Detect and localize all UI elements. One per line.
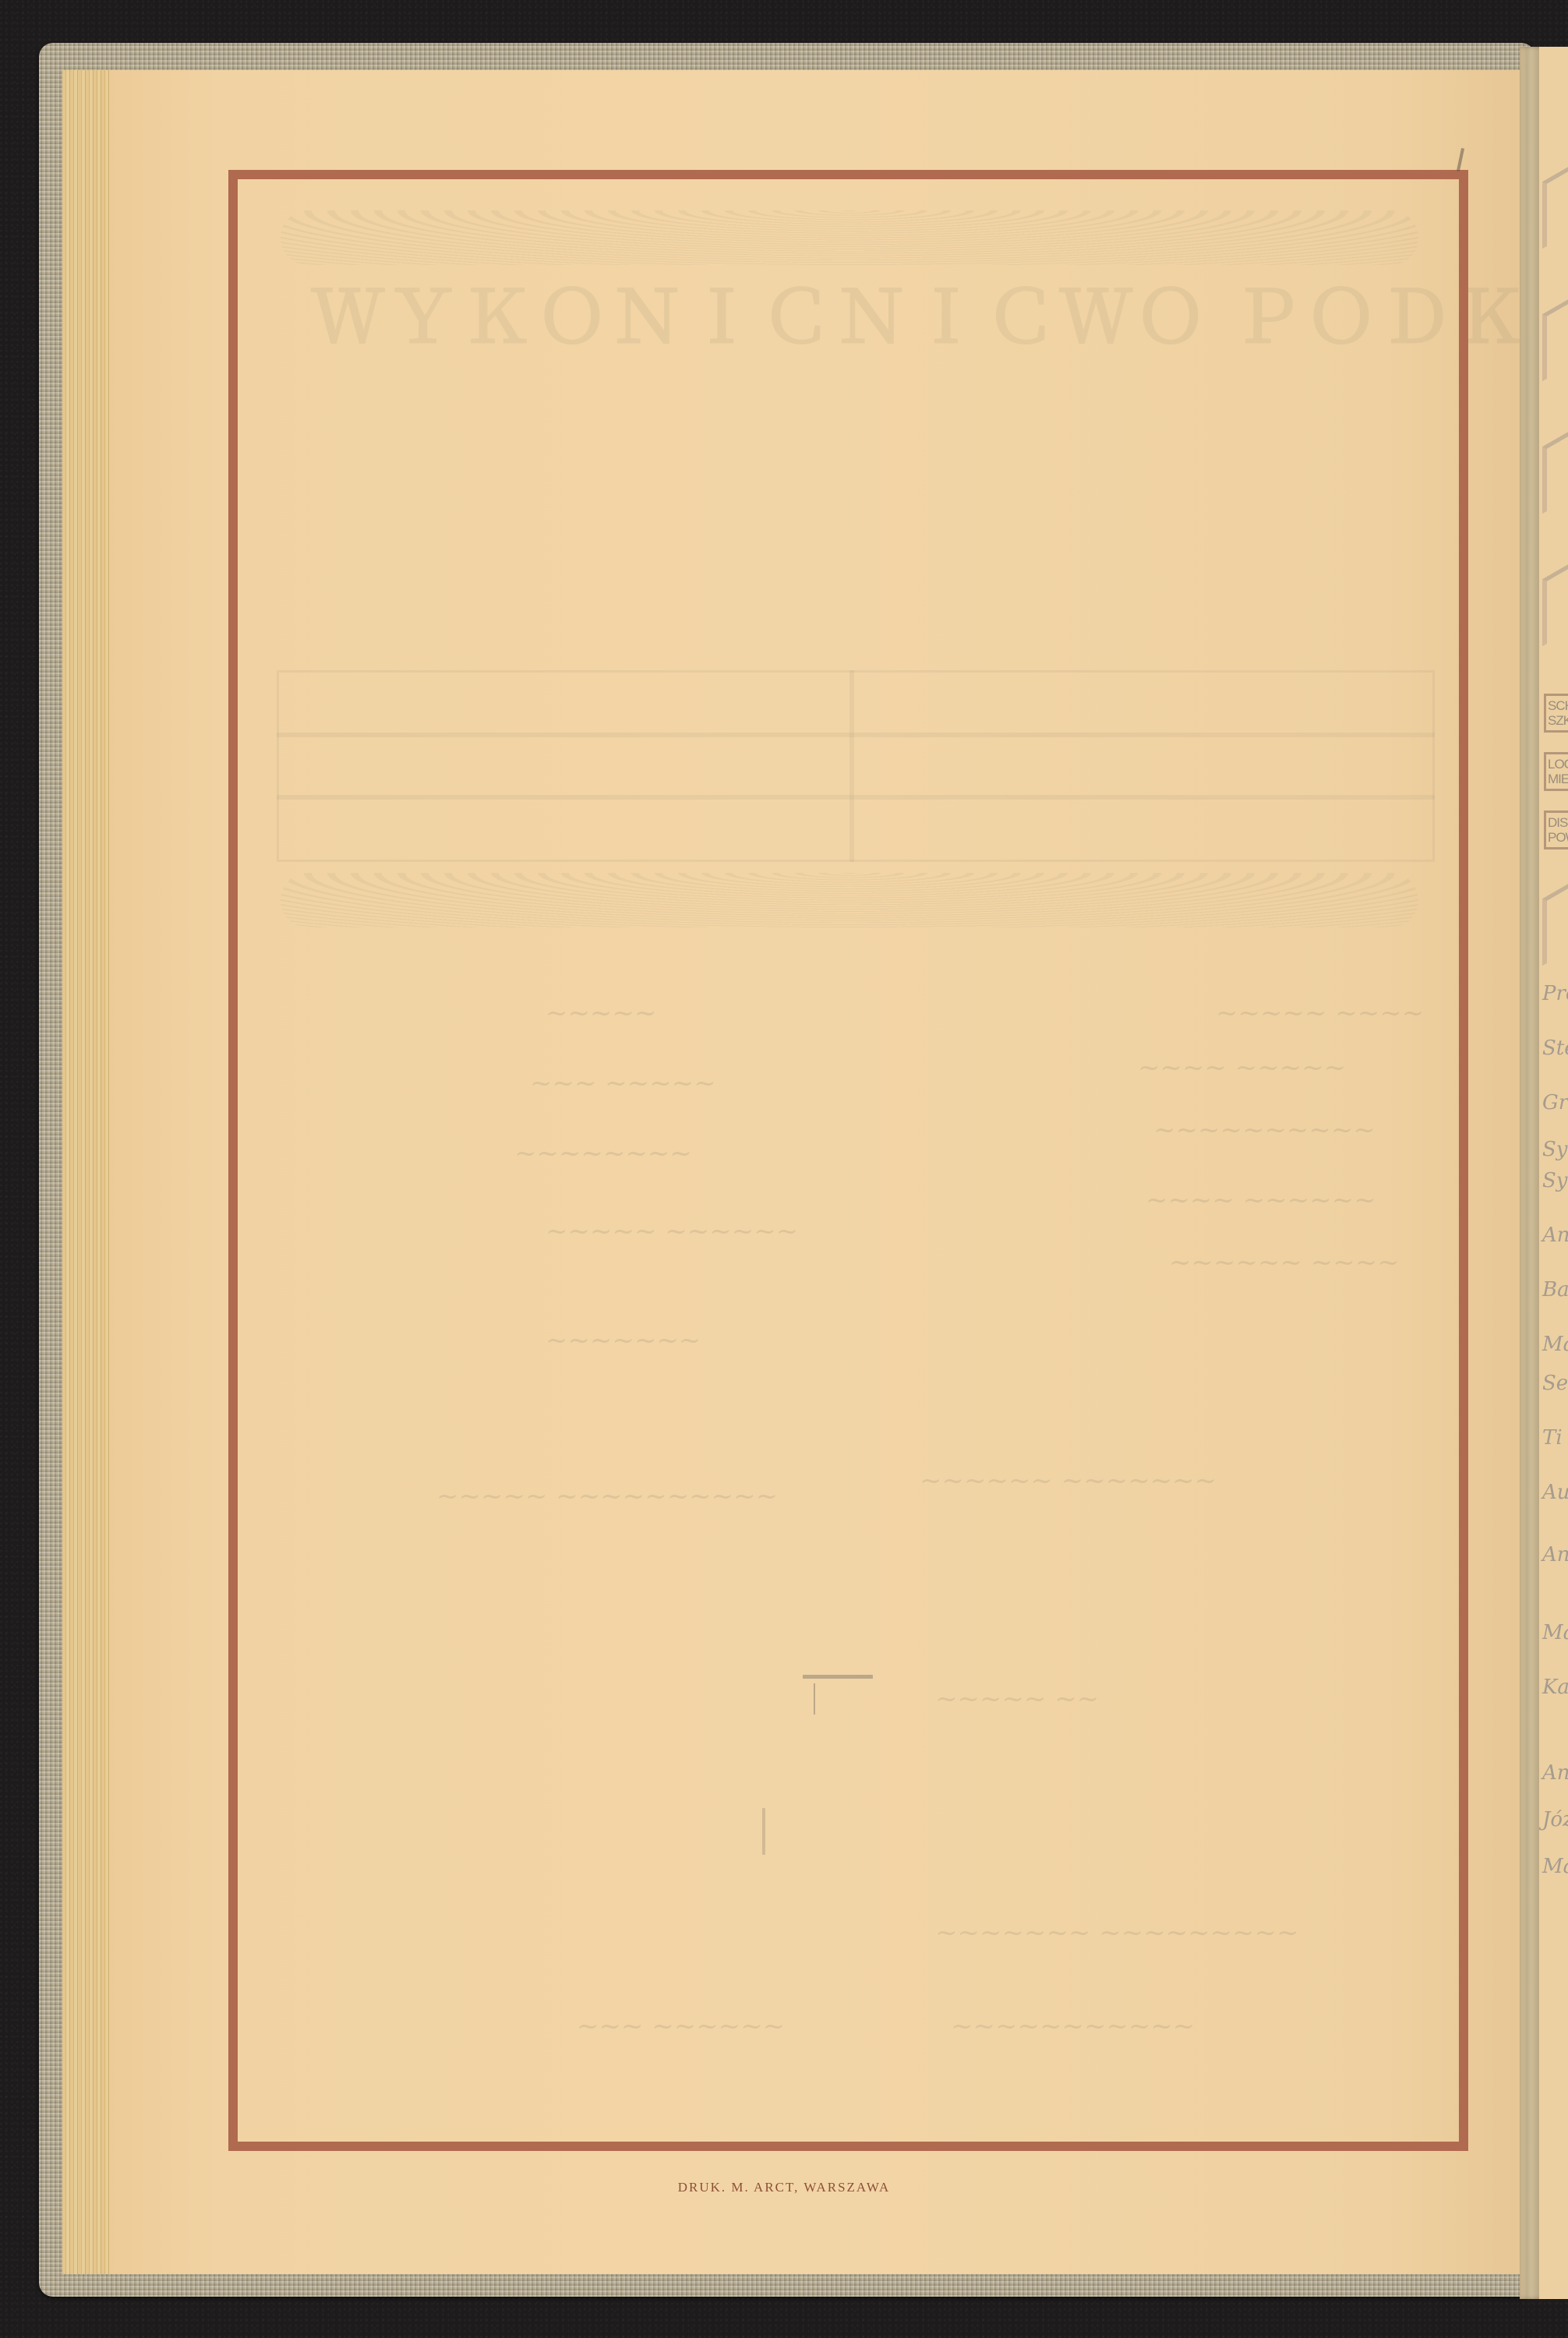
facing-handwriting: Bart bbox=[1542, 1278, 1568, 1301]
facing-handwriting: Anna bbox=[1542, 1761, 1568, 1785]
facing-handwriting: Gr bbox=[1542, 1091, 1568, 1114]
facing-handwriting: Mar bbox=[1542, 1621, 1568, 1644]
facing-handwriting: Katarz bbox=[1542, 1676, 1568, 1699]
facing-label-school: SCHO SZKO bbox=[1544, 694, 1568, 733]
facing-handwriting: Pro bbox=[1542, 982, 1568, 1005]
facing-ornament bbox=[1542, 426, 1568, 514]
facing-label-line: SCHO bbox=[1548, 698, 1568, 713]
facing-ornament bbox=[1542, 878, 1568, 966]
facing-label-line: POW bbox=[1548, 830, 1568, 845]
facing-label-line: DIST bbox=[1548, 815, 1568, 830]
facing-handwriting: Stefan bbox=[1542, 1037, 1568, 1060]
facing-ornament bbox=[1542, 294, 1568, 382]
facing-label-line: MIEJ bbox=[1548, 772, 1568, 786]
facing-handwriting: Józef bbox=[1542, 1808, 1568, 1831]
facing-label-locality: LOCA MIEJ bbox=[1544, 752, 1568, 791]
printer-imprint: DRUK. M. ARCT, WARSZAWA bbox=[0, 2180, 1568, 2195]
facing-handwriting: And bbox=[1542, 1224, 1568, 1247]
red-page-border bbox=[228, 170, 1468, 2151]
facing-label-line: SZKO bbox=[1548, 713, 1568, 728]
facing-ornament bbox=[1542, 559, 1568, 647]
facing-label-line: LOCA bbox=[1548, 757, 1568, 772]
facing-label-district: DIST POW bbox=[1544, 811, 1568, 849]
facing-handwriting: Anna bbox=[1542, 1543, 1568, 1566]
facing-handwriting: Sy bbox=[1542, 1138, 1568, 1161]
facing-page-edge: SCHO SZKO LOCA MIEJ DIST POW Pro Stefan … bbox=[1539, 47, 1568, 2299]
facing-handwriting: Aug bbox=[1542, 1481, 1568, 1504]
stacked-page-edges bbox=[62, 70, 112, 2274]
facing-ornament bbox=[1542, 161, 1568, 249]
facing-handwriting: Sen bbox=[1542, 1372, 1568, 1395]
facing-handwriting: Mariko bbox=[1542, 1855, 1568, 1878]
facing-handwriting: Syd bbox=[1542, 1169, 1568, 1192]
facing-handwriting: Mat bbox=[1542, 1333, 1568, 1356]
facing-handwriting: Ti bbox=[1542, 1426, 1563, 1450]
